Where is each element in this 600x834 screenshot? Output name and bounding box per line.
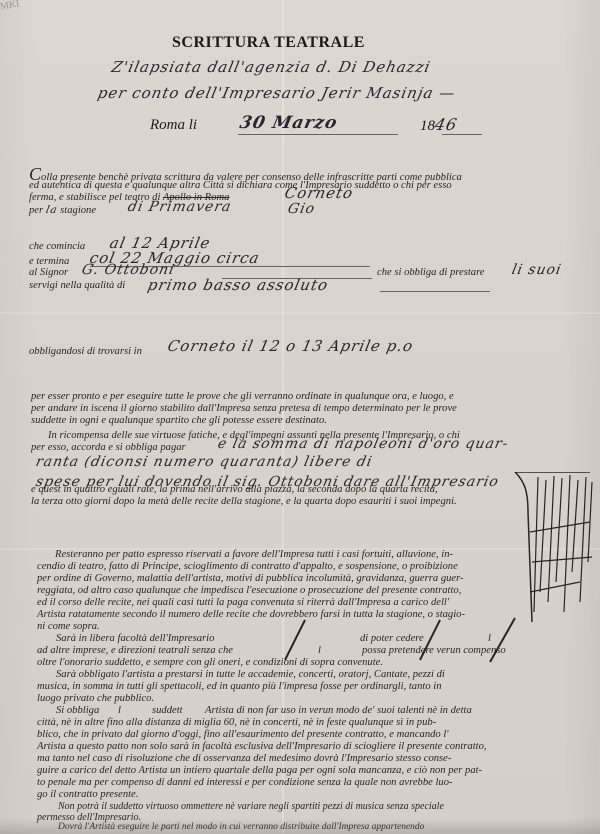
- fortuitous-line5: ed il corso delle recite, nei quali casi…: [37, 597, 449, 608]
- year: 1846: [420, 115, 457, 135]
- season-prefix: per: [29, 205, 43, 216]
- year-rule: [442, 134, 482, 135]
- year-suffix: 46: [433, 115, 459, 134]
- intro-line2: ed autentica di questa e qualunque altra…: [29, 180, 452, 191]
- payment-line2-label: per esso, accorda e si obbliga pagar: [31, 442, 186, 453]
- document-title: SCRITTURA TEATRALE: [172, 34, 365, 52]
- rehearsals-line3: suddette in ogni e qualunque spartito ch…: [31, 415, 327, 426]
- payment-amount-line2: ranta (diconsi numero quaranta) libere d…: [34, 454, 374, 470]
- fortuitous-line6: Artista ratatamente secondo il numero de…: [37, 609, 465, 620]
- rehearsals-line1: per esser pronto e per eseguire tutte le…: [31, 391, 454, 402]
- obligation-label: obbligandosi di trovarsi in: [29, 346, 142, 357]
- exclusive-line7: to penale ma per compenso di danni ed in…: [37, 777, 453, 788]
- obligation-value: Corneto il 12 o 13 Aprile p.o: [166, 337, 415, 355]
- cession-line3: oltre l'onorario suddetto, e sempre con …: [37, 657, 383, 668]
- payment-amount-line1: e la somma di napoleoni d'oro quar-: [216, 436, 510, 452]
- end-label: e termina: [29, 256, 69, 267]
- payment-line6: la terza otto giorni dopo la metà delle …: [31, 496, 457, 507]
- cession-line2-c: possa pretendere verun compenso: [362, 645, 506, 656]
- season-article: la: [45, 204, 59, 216]
- exclusive-line5: ma tanto nel caso di risoluzione che di …: [37, 753, 451, 764]
- cession-line1-b: di poter cedere: [360, 633, 424, 644]
- oblige-label: che si obbliga di prestare: [377, 267, 485, 278]
- exclusive-line1-d: Artista di non far uso in verun modo de'…: [205, 705, 472, 716]
- role-value: primo basso assoluto: [146, 276, 330, 294]
- fortuitous-line1: Resteranno per patto espresso riservati …: [55, 549, 453, 560]
- start-label: che comincia: [29, 241, 85, 252]
- role-rule: [380, 291, 490, 292]
- fortuitous-line3: per ordine di Governo, malattia dell'art…: [37, 573, 464, 584]
- intro-line4: per la stagione: [29, 204, 96, 216]
- fortuitous-line2: cendio di teatro, fatto di Principe, sci…: [37, 561, 458, 572]
- exclusive-line8: go il contratto presente.: [37, 789, 138, 800]
- cession-line1-a: Sarà in libera facoltà dell'Impresario: [56, 633, 214, 644]
- cession-line1-c: l: [488, 633, 491, 644]
- bottom-shadow: [0, 818, 600, 834]
- handwritten-header-line1: Z'ilapsiata dall'agenzia d. Di Dehazzi: [110, 58, 432, 76]
- crossed-out-scribble: [510, 472, 595, 622]
- exclusive-line1-b: l: [118, 705, 121, 716]
- season-extra: Gio: [286, 201, 316, 217]
- exclusive-line2: città, nè in altre fino alla distanza di…: [37, 717, 436, 728]
- exclusive-line1-a: Si obbliga: [56, 705, 99, 716]
- season-handwritten: di Primavera: [126, 199, 233, 215]
- academies-line2: musica, in somma in tutti gli spettacoli…: [37, 681, 442, 692]
- exclusive-line3: blico, che in privato dal giorno d'oggi,…: [37, 729, 449, 740]
- cession-line2-a: ad altre imprese, e direzioni teatrali s…: [37, 645, 233, 656]
- date-day-month: 30 Marzo: [238, 113, 340, 133]
- fortuitous-line7: ni come sopra.: [37, 621, 100, 632]
- cession-line2-b: l: [318, 645, 321, 656]
- fortuitous-line4: reggiata, od altro caso qualunque che im…: [37, 585, 461, 596]
- academies-line1: Sarà obbligato l'artista a prestarsi in …: [56, 669, 445, 680]
- date-rule: [238, 134, 398, 135]
- season-label: stagione: [60, 205, 96, 216]
- role-label: servigi nella qualità di: [29, 280, 125, 291]
- handwritten-header-line2: per conto dell'Impresario Jerir Masinja …: [96, 84, 457, 102]
- signor-label: al Signor: [29, 267, 68, 278]
- academies-line3: luogo privato che pubblico.: [37, 693, 154, 704]
- paper-fold-horizontal-1: [0, 312, 600, 314]
- rehearsals-line2: per andare in iscena il giorno stabilito…: [31, 403, 457, 414]
- nochange-line1: Non potrà il suddetto virtuoso ommettere…: [58, 801, 444, 812]
- exclusive-line4: Artista a questo patto non solo sarà in …: [37, 741, 487, 752]
- exclusive-line6: guire a carico del detto Artista un inti…: [37, 765, 482, 776]
- theatre-handwritten: Corneto: [283, 184, 355, 202]
- exclusive-line1-c: suddett: [152, 705, 183, 716]
- oblige-value: li suoi: [510, 262, 563, 278]
- payment-line5: e quest in quattro eguali rate, la prima…: [31, 484, 438, 495]
- place-label: Roma li: [150, 117, 197, 134]
